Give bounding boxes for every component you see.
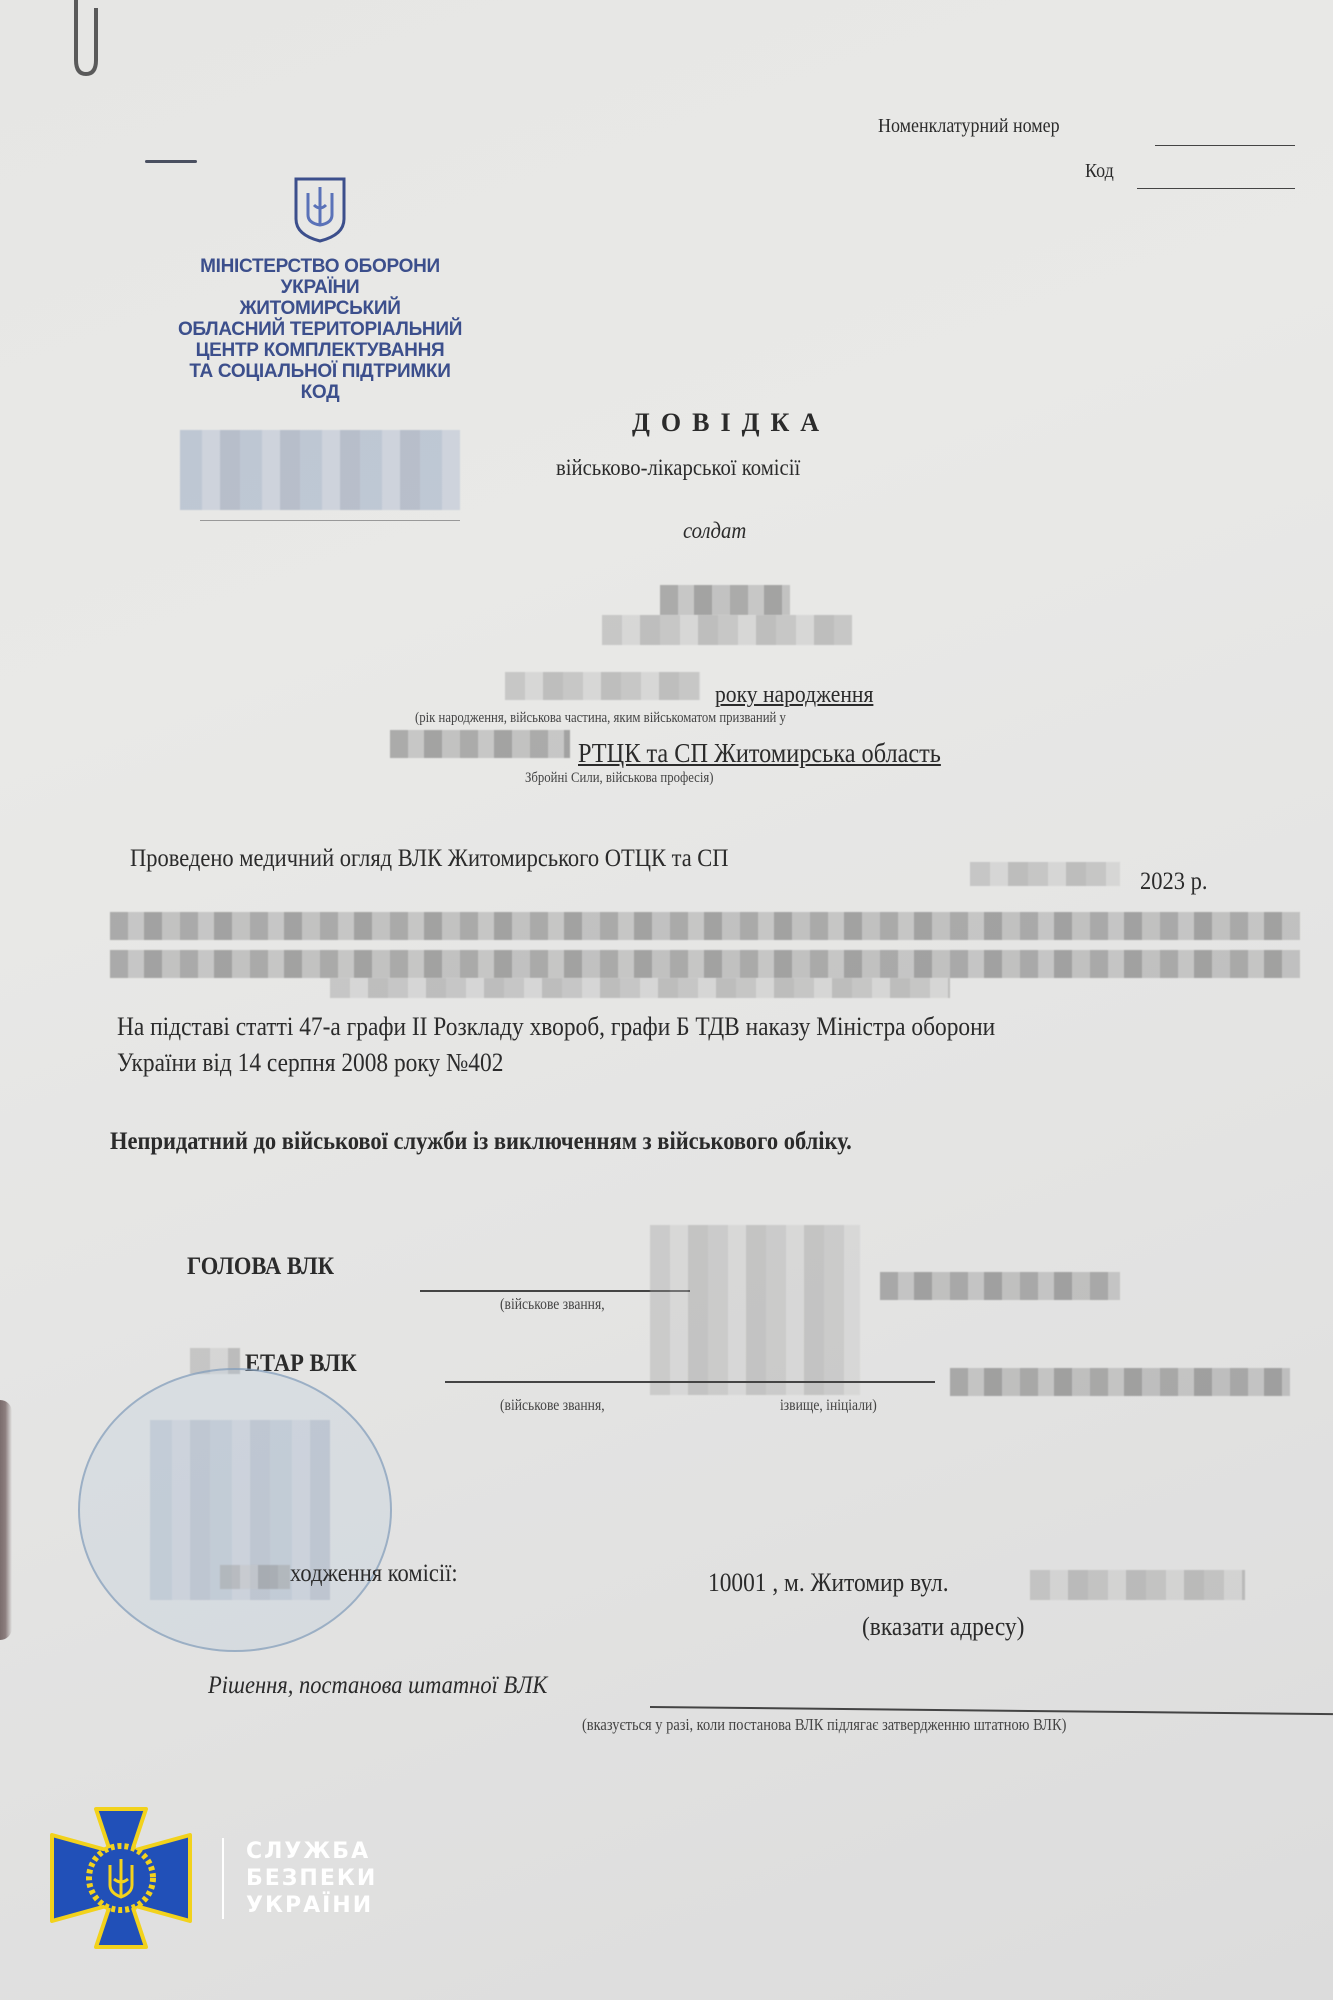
stamp-line: ТА СОЦІАЛЬНОЇ ПІДТРИМКИ [135,361,505,382]
redacted-head-name [880,1272,1120,1300]
stamp-line: ЖИТОМИРСЬКИЙ [135,298,505,319]
unit-caption: Збройні Сили, військова професія) [525,770,714,787]
redacted-diagnosis-line [330,978,950,998]
redacted-secretary-name [950,1368,1290,1396]
pen-mark [145,160,197,163]
paperclip-icon [66,0,106,82]
sbu-line: УКРАЇНИ [246,1892,377,1919]
sbu-emblem-icon [48,1805,194,1951]
nomenclature-label: Номенклатурний номер [878,115,1060,137]
secretary-signature-line [445,1381,935,1383]
birth-caption: (рік народження, військова частина, яким… [415,710,786,727]
redacted-stamp-code [180,430,460,510]
stamp-line: МІНІСТЕРСТВО ОБОРОНИ [135,256,505,277]
location-address: 10001 , м. Житомир вул. [708,1568,949,1598]
redacted-street [1030,1570,1245,1600]
redacted-signature [650,1225,860,1395]
redacted-given-names [602,615,852,645]
secretary-caption-right: ізвище, ініціали) [780,1397,877,1415]
decision-caption: (вказується у разі, коли постанова ВЛК п… [582,1715,1066,1735]
location-label: ходження комісії: [290,1560,458,1588]
redacted-district [390,730,570,758]
birth-suffix: року народження [715,682,873,709]
stamp-line: УКРАЇНИ [135,277,505,298]
code-underline [1137,188,1295,189]
exam-text: Проведено медичний огляд ВЛК Житомирсько… [130,845,729,873]
nomenclature-field: Номенклатурний номер [878,115,1060,138]
redacted-diagnosis-line [110,950,1300,978]
verdict: Непридатний до військової служби із викл… [110,1128,852,1156]
ministry-stamp: МІНІСТЕРСТВО ОБОРОНИ УКРАЇНИ ЖИТОМИРСЬКИ… [135,175,505,403]
rank: солдат [683,518,746,544]
stamp-underline [200,520,460,521]
head-label: ГОЛОВА ВЛК [187,1253,334,1281]
head-caption: (військове звання, [500,1296,605,1314]
document-title: ДОВІДКА [632,408,830,438]
redacted-surname [660,585,790,615]
exam-year: 2023 р. [1140,868,1208,896]
document-subtitle: військово-лікарської комісії [556,455,800,481]
stamp-line: ЦЕНТР КОМПЛЕКТУВАННЯ [135,340,505,361]
decision-label: Рішення, постанова штатної ВЛК [208,1672,547,1700]
redacted-location-prefix [220,1565,290,1589]
redacted-exam-date [970,862,1120,886]
unit-text: РТЦК та СП Житомирська область [578,738,941,769]
redacted-diagnosis-line [110,912,1300,940]
sbu-line: БЕЗПЕКИ [246,1865,377,1892]
location-caption: (вказати адресу) [862,1612,1024,1642]
sbu-logo: СЛУЖБА БЕЗПЕКИ УКРАЇНИ [48,1805,377,1951]
secretary-caption-left: (військове звання, [500,1397,605,1415]
finger-shadow [0,1400,12,1640]
code-field: Код [1085,160,1114,183]
basis-line-2: України від 14 серпня 2008 року №402 [117,1048,503,1078]
stamp-line: КОД [135,382,505,403]
sbu-wordmark: СЛУЖБА БЕЗПЕКИ УКРАЇНИ [222,1838,377,1919]
redacted-birth-date [505,672,700,700]
basis-line-1: На підставі статті 47-а графи II Розклад… [117,1012,995,1042]
trident-shield-icon [292,175,348,243]
decision-line [650,1706,1333,1715]
sbu-line: СЛУЖБА [246,1838,377,1865]
code-label: Код [1085,160,1114,182]
nomenclature-underline [1155,145,1295,146]
stamp-line: ОБЛАСНИЙ ТЕРИТОРІАЛЬНИЙ [135,319,505,340]
